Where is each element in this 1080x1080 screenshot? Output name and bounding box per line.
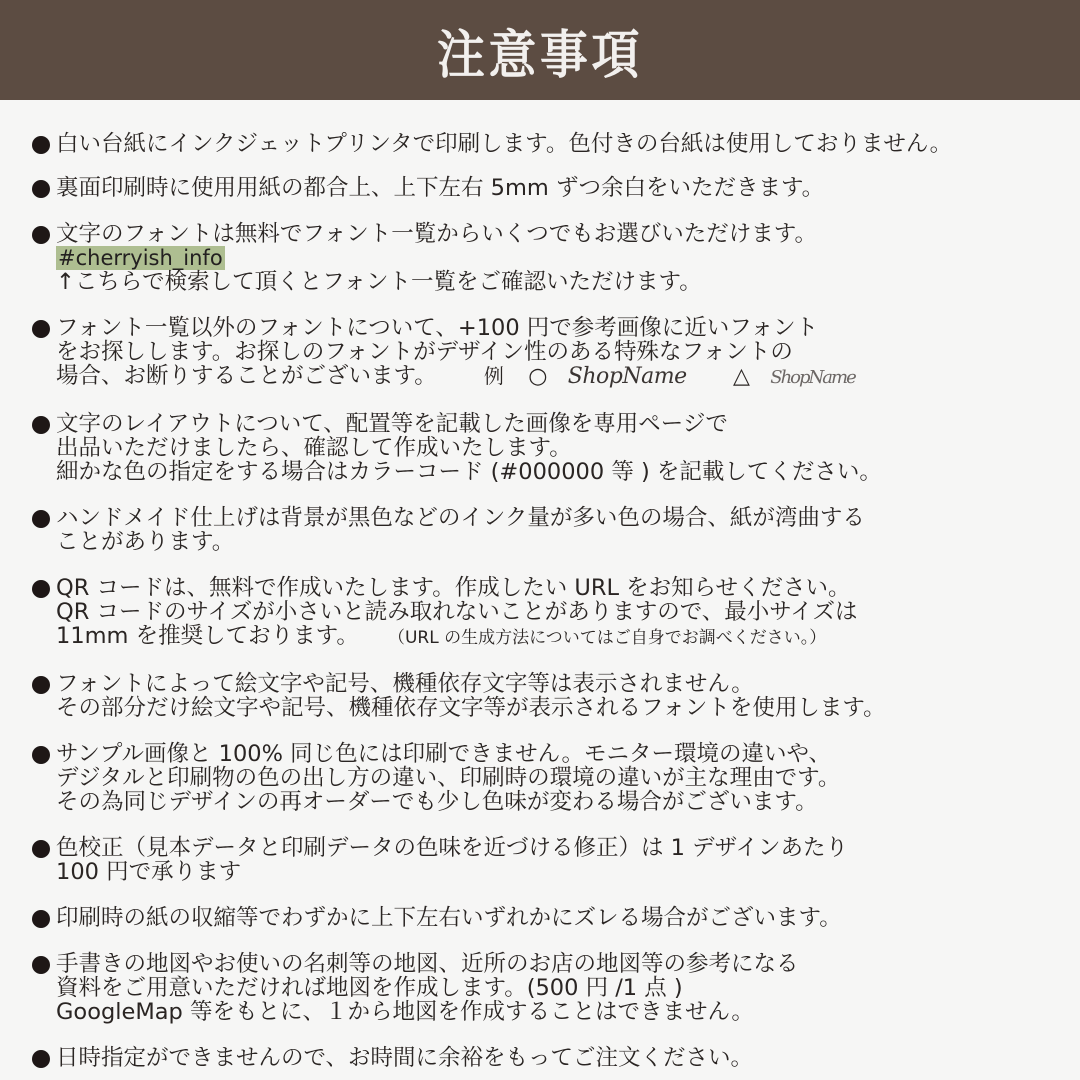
notice-text: ハンドメイド仕上げは背景が黒色などのインク量が多い色の場合、紙が湾曲する bbox=[56, 506, 1070, 530]
notice-item: フォント一覧以外のフォントについて、+100 円で参考画像に近いフォント をお探… bbox=[30, 316, 1070, 390]
bullet-icon bbox=[32, 910, 50, 928]
notice-text: 11mm を推奨しております。 bbox=[56, 623, 359, 649]
notice-text: 日時指定ができませんので、お時間に余裕をもってご注文ください。 bbox=[56, 1046, 1070, 1070]
notice-text: GoogleMap 等をもとに、１から地図を作成することはできません。 bbox=[56, 1000, 1070, 1024]
notice-text: QR コードのサイズが小さいと読み取れないことがありますので、最小サイズは bbox=[56, 600, 1070, 624]
notice-item: 文字のレイアウトについて、配置等を記載した画像を専用ページで 出品いただけました… bbox=[30, 412, 1070, 484]
bullet-icon bbox=[32, 180, 50, 198]
page-title: 注意事項 bbox=[437, 13, 643, 88]
notice-text: 色校正（見本データと印刷データの色味を近づける修正）は 1 デザインあたり bbox=[56, 836, 1070, 860]
notice-text: 文字のフォントは無料でフォント一覧からいくつでもお選びいただけます。 bbox=[56, 222, 1070, 246]
notice-text: フォント一覧以外のフォントについて、+100 円で参考画像に近いフォント bbox=[56, 316, 1070, 340]
font-example: 例 ○ ShopName △ ShopName bbox=[484, 364, 855, 390]
notice-text: ことがあります。 bbox=[56, 530, 1070, 554]
notice-text: デジタルと印刷物の色の出し方の違い、印刷時の環境の違いが主な理由です。 bbox=[56, 766, 1070, 790]
circle-ok-icon: ○ bbox=[528, 364, 547, 389]
notice-text: 100 円で承ります bbox=[56, 860, 1070, 884]
bullet-icon bbox=[32, 580, 50, 598]
notice-text: 場合、お断りすることがございます。 bbox=[56, 363, 437, 389]
notice-text: をお探しします。お探しのフォントがデザイン性のある特殊なフォントの bbox=[56, 340, 1070, 364]
notice-item: 手書きの地図やお使いの名刺等の地図、近所のお店の地図等の参考になる 資料をご用意… bbox=[30, 952, 1070, 1024]
notice-text: ↑こちらで検索して頂くとフォント一覧をご確認いただけます。 bbox=[56, 270, 1070, 294]
notice-text: サンプル画像と 100% 同じ色には印刷できません。モニター環境の違いや、 bbox=[56, 742, 1070, 766]
bullet-icon bbox=[32, 746, 50, 764]
bullet-icon bbox=[32, 320, 50, 338]
bullet-icon bbox=[32, 510, 50, 528]
bullet-icon bbox=[32, 416, 50, 434]
header-banner: 注意事項 bbox=[0, 0, 1080, 100]
notice-text: フォントによって絵文字や記号、機種依存文字等は表示されません。 bbox=[56, 672, 1070, 696]
notice-item: 裏面印刷時に使用用紙の都合上、上下左右 5mm ずつ余白をいただきます。 bbox=[30, 176, 1070, 200]
bullet-icon bbox=[32, 956, 50, 974]
notice-item: 色校正（見本データと印刷データの色味を近づける修正）は 1 デザインあたり 10… bbox=[30, 836, 1070, 884]
bullet-icon bbox=[32, 1050, 50, 1068]
notice-item: サンプル画像と 100% 同じ色には印刷できません。モニター環境の違いや、 デジ… bbox=[30, 742, 1070, 814]
hashtag-highlight[interactable]: #cherryish_info bbox=[56, 246, 225, 270]
notice-item: 日時指定ができませんので、お時間に余裕をもってご注文ください。 bbox=[30, 1046, 1070, 1070]
notice-item: 文字のフォントは無料でフォント一覧からいくつでもお選びいただけます。 #cher… bbox=[30, 222, 1070, 294]
ok-font-sample: ShopName bbox=[568, 364, 687, 389]
notice-text: 手書きの地図やお使いの名刺等の地図、近所のお店の地図等の参考になる bbox=[56, 952, 1070, 976]
example-label: 例 bbox=[484, 364, 504, 388]
notice-item: ハンドメイド仕上げは背景が黒色などのインク量が多い色の場合、紙が湾曲する ことが… bbox=[30, 506, 1070, 554]
bullet-icon bbox=[32, 136, 50, 154]
notice-text: 出品いただけましたら、確認して作成いたします。 bbox=[56, 436, 1070, 460]
bullet-icon bbox=[32, 840, 50, 858]
ng-font-sample: ShopName bbox=[770, 367, 855, 388]
bullet-icon bbox=[32, 226, 50, 244]
triangle-ng-icon: △ bbox=[733, 364, 750, 389]
notice-list: 白い台紙にインクジェットプリンタで印刷します。色付きの台紙は使用しておりません。… bbox=[30, 128, 1070, 1070]
notice-text: 細かな色の指定をする場合はカラーコード (#000000 等 ) を記載してくだ… bbox=[56, 460, 1070, 484]
notice-text: 裏面印刷時に使用用紙の都合上、上下左右 5mm ずつ余白をいただきます。 bbox=[56, 176, 1070, 200]
notice-text: その為同じデザインの再オーダーでも少し色味が変わる場合がございます。 bbox=[56, 790, 1070, 814]
notice-note: （URL の生成方法についてはご自身でお調べください。） bbox=[388, 628, 826, 648]
notice-text: 文字のレイアウトについて、配置等を記載した画像を専用ページで bbox=[56, 412, 1070, 436]
notice-text: 白い台紙にインクジェットプリンタで印刷します。色付きの台紙は使用しておりません。 bbox=[56, 132, 1070, 156]
notice-item: 印刷時の紙の収縮等でわずかに上下左右いずれかにズレる場合がございます。 bbox=[30, 906, 1070, 930]
bullet-icon bbox=[32, 676, 50, 694]
notice-text: その部分だけ絵文字や記号、機種依存文字等が表示されるフォントを使用します。 bbox=[56, 696, 1070, 720]
notice-text: 資料をご用意いただければ地図を作成します。(500 円 /1 点 ) bbox=[56, 976, 1070, 1000]
notice-text: 印刷時の紙の収縮等でわずかに上下左右いずれかにズレる場合がございます。 bbox=[56, 906, 1070, 930]
notice-item: フォントによって絵文字や記号、機種依存文字等は表示されません。 その部分だけ絵文… bbox=[30, 672, 1070, 720]
notice-item: 白い台紙にインクジェットプリンタで印刷します。色付きの台紙は使用しておりません。 bbox=[30, 132, 1070, 156]
notice-text: QR コードは、無料で作成いたします。作成したい URL をお知らせください。 bbox=[56, 576, 1070, 600]
notice-item: QR コードは、無料で作成いたします。作成したい URL をお知らせください。 … bbox=[30, 576, 1070, 650]
